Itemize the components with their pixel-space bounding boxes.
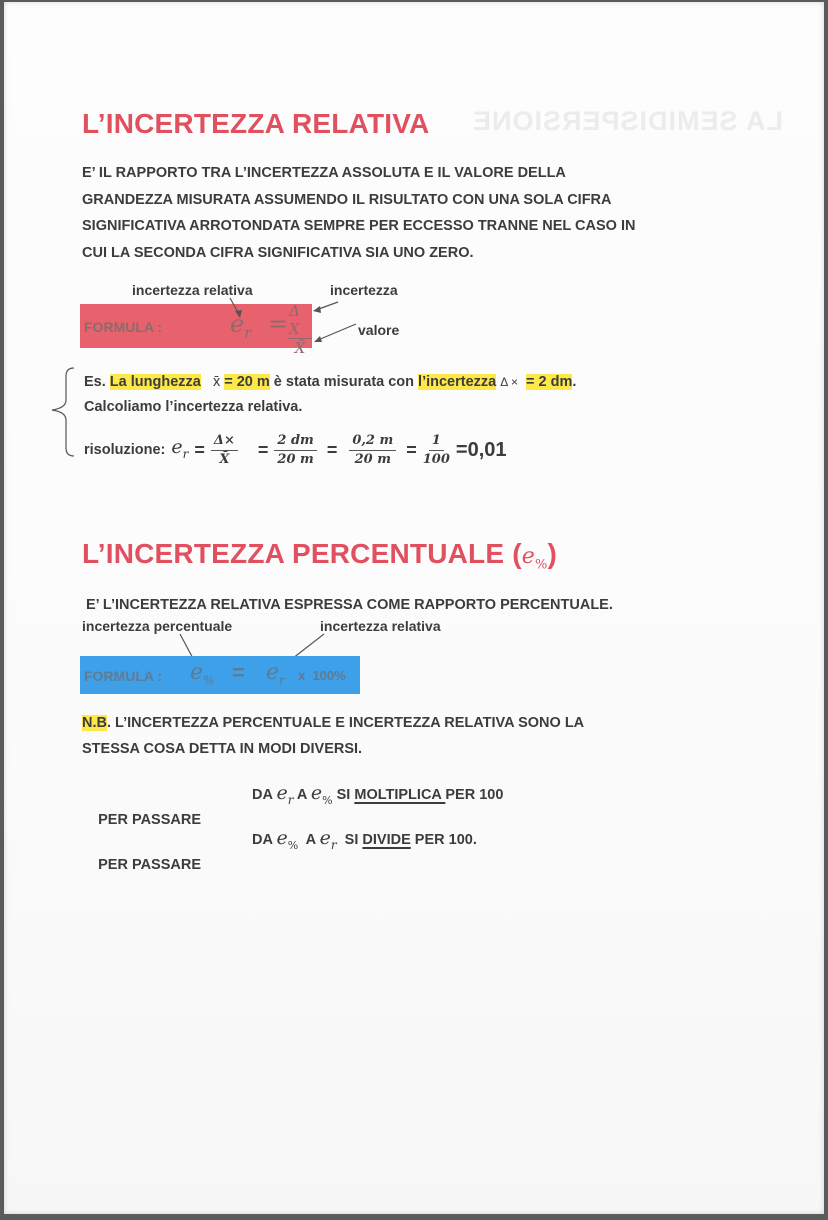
rule-divide-body: DA e% A er SI DIVIDE PER 100.	[252, 825, 477, 859]
solution-label: risoluzione:	[84, 437, 165, 464]
rule-divide: PER PASSARE	[82, 825, 201, 905]
note-line-2: STESSA COSA DETTA IN MODI DIVERSI.	[82, 736, 362, 763]
rule-lead: PER PASSARE	[98, 857, 201, 873]
formula-tail: x 100%	[298, 668, 346, 683]
example-line-2: Calcoliamo l’incertezza relativa.	[84, 394, 302, 421]
highlight-value: = 20 m	[224, 374, 270, 390]
section-title-percentual: L’INCERTEZZA PERCENTUALE (e%)	[82, 538, 557, 572]
annotation-relative-uncertainty-2: incertezza relativa	[320, 618, 441, 634]
nb-highlight: N.B	[82, 715, 107, 731]
example-solution: risoluzione: er = Δ×X̄ = 2 dm20 m = 0,2 …	[84, 432, 507, 469]
solution-step-2: 2 dm20 m	[274, 432, 316, 469]
note-line-1: N.B. L’INCERTEZZA PERCENTUALE E INCERTEZ…	[82, 710, 584, 737]
formula-lhs: e%	[190, 660, 214, 687]
definition-percentual: E’ L’INCERTEZZA RELATIVA ESPRESSA COME R…	[86, 592, 613, 619]
solution-step-1: Δ×X̄	[211, 432, 238, 469]
solution-step-3: 0,2 m20 m	[349, 432, 396, 469]
highlight-length: La lunghezza	[110, 374, 201, 390]
formula-label: FORMULA :	[84, 668, 162, 684]
document-page: LA SEMIDISPERSIONE L’INCERTEZZA RELATIVA…	[4, 2, 824, 1214]
annotation-percentual-uncertainty: incertezza percentuale	[82, 618, 232, 634]
solution-step-4: 1100	[423, 432, 450, 469]
example-line-1: Es. La lunghezza x̄ = 20 m è stata misur…	[84, 369, 576, 396]
solution-lhs: er	[171, 434, 188, 467]
highlight-delta-value: = 2 dm	[526, 374, 572, 390]
verb-divide: DIVIDE	[362, 832, 410, 848]
solution-result: =0,01	[456, 437, 507, 464]
formula-box-percentual: FORMULA : e% = er x 100%	[80, 656, 360, 694]
rule-multiply-body: DA er A e% SI MOLTIPLICA PER 100	[252, 780, 503, 814]
verb-multiply: MOLTIPLICA	[354, 787, 445, 803]
highlight-uncertainty: l’incertezza	[418, 374, 496, 390]
formula-rhs: er	[266, 660, 285, 687]
formula-equals: =	[232, 660, 245, 686]
